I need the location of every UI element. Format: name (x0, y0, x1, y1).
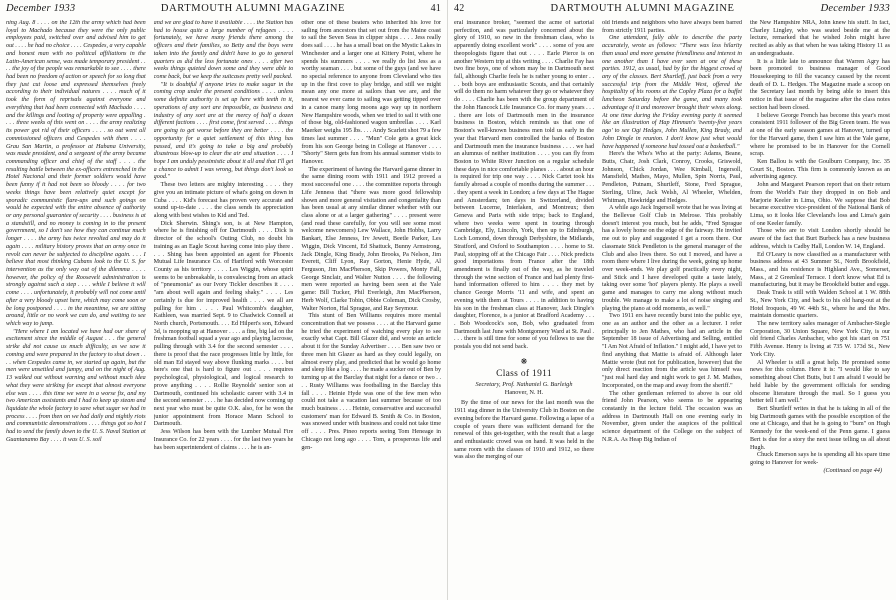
article-paragraph: The experiment of having the Harvard gam… (301, 167, 441, 314)
left-header-date: December 1933 (6, 3, 75, 14)
article-paragraph: Deak Trask is still with Walden School a… (750, 290, 890, 321)
left-column-2: and we are glad to have it available . .… (154, 20, 294, 596)
article-paragraph: Al Wheeler is still a great help. He pro… (750, 360, 890, 406)
article-paragraph: One attendant, fully able to describe th… (602, 35, 742, 151)
class-secretary: Secretary, Prof. Nathaniel G. Burleigh (454, 381, 594, 389)
article-paragraph: Ken Ballou is with the Goulburn Company,… (750, 159, 890, 182)
article-paragraph: The other gentleman referred to above is… (602, 391, 742, 445)
article-paragraph: and we are glad to have it available . .… (154, 20, 294, 82)
article-paragraph: the New Hampshire NRA, John knew his stu… (750, 20, 890, 59)
right-column-2: old friends and neighbors who have alway… (602, 20, 742, 596)
class-section-heading: ❋Class of 1911Secretary, Prof. Nathaniel… (454, 358, 594, 397)
right-header-title: DARTMOUTH ALUMNI MAGAZINE (550, 3, 734, 14)
article-paragraph: By the time of our news for the last mon… (454, 400, 594, 462)
article-paragraph: old friends and neighbors who have alway… (602, 20, 742, 35)
right-column-1: eral insurance broker, "seemed the acme … (454, 20, 594, 596)
article-paragraph: Here's the Who's Who at the party: Adams… (602, 151, 742, 205)
left-page: December 1933 DARTMOUTH ALUMNI MAGAZINE … (0, 0, 448, 600)
article-paragraph: "Here where I am located we have had our… (6, 329, 146, 445)
article-paragraph: Jess Wilson has been with the Lumber Mut… (154, 429, 294, 452)
magazine-spread: December 1933 DARTMOUTH ALUMNI MAGAZINE … (0, 0, 896, 600)
article-paragraph: This stunt of Ben Williams requires more… (301, 313, 441, 452)
article-paragraph: "It is doubtful if anyone tries to make … (154, 82, 294, 182)
article-paragraph: eral insurance broker, "seemed the acme … (454, 20, 594, 352)
right-columns: eral insurance broker, "seemed the acme … (454, 20, 890, 596)
article-paragraph: These two letters are mighty interesting… (154, 182, 294, 221)
class-title: Class of 1911 (454, 371, 594, 379)
article-paragraph: Bert Shurtleff writes in that he is taki… (750, 406, 890, 452)
article-paragraph: ning Aug. 8 . . . . on the 12th the army… (6, 20, 146, 329)
continued-on-link: (Continued on page 44) (750, 468, 890, 476)
article-paragraph: Two 1911 ers have recently burst into th… (602, 313, 742, 390)
ornament-icon: ❋ (454, 358, 594, 366)
left-page-number: 41 (431, 3, 441, 14)
left-running-head: December 1933 DARTMOUTH ALUMNI MAGAZINE … (6, 3, 441, 17)
article-paragraph: Dick Sherwin. Shing's son, is at New Ham… (154, 221, 294, 429)
article-paragraph: It is a little late to announce that War… (750, 59, 890, 113)
article-paragraph: John and Margaret Pearson report that on… (750, 182, 890, 228)
class-secretary-location: Hanover, N. H. (454, 389, 594, 397)
left-column-3: other one of these beaters who inherited… (301, 20, 441, 596)
left-columns: ning Aug. 8 . . . . on the 12th the army… (6, 20, 441, 596)
left-header-title: DARTMOUTH ALUMNI MAGAZINE (161, 3, 345, 14)
right-page-number: 42 (454, 3, 464, 14)
article-paragraph: A while ago Jack Ingersoll wrote that he… (602, 205, 742, 313)
left-column-1: ning Aug. 8 . . . . on the 12th the army… (6, 20, 146, 596)
article-paragraph: The new territory sales manager of Ambac… (750, 321, 890, 360)
article-paragraph: Those who are to visit London shortly sh… (750, 228, 890, 251)
right-header-date: December 1933 (821, 3, 890, 14)
article-paragraph: Chuck Emerson says he is spending all hi… (750, 452, 890, 467)
right-running-head: 42 DARTMOUTH ALUMNI MAGAZINE December 19… (454, 3, 890, 17)
right-column-3: the New Hampshire NRA, John knew his stu… (750, 20, 890, 596)
article-paragraph: other one of these beaters who inherited… (301, 20, 441, 167)
article-paragraph: I believe George French has become this … (750, 113, 890, 159)
article-paragraph: Ed O'Leary is now classified as a manufa… (750, 252, 890, 291)
right-page: 42 DARTMOUTH ALUMNI MAGAZINE December 19… (448, 0, 896, 600)
